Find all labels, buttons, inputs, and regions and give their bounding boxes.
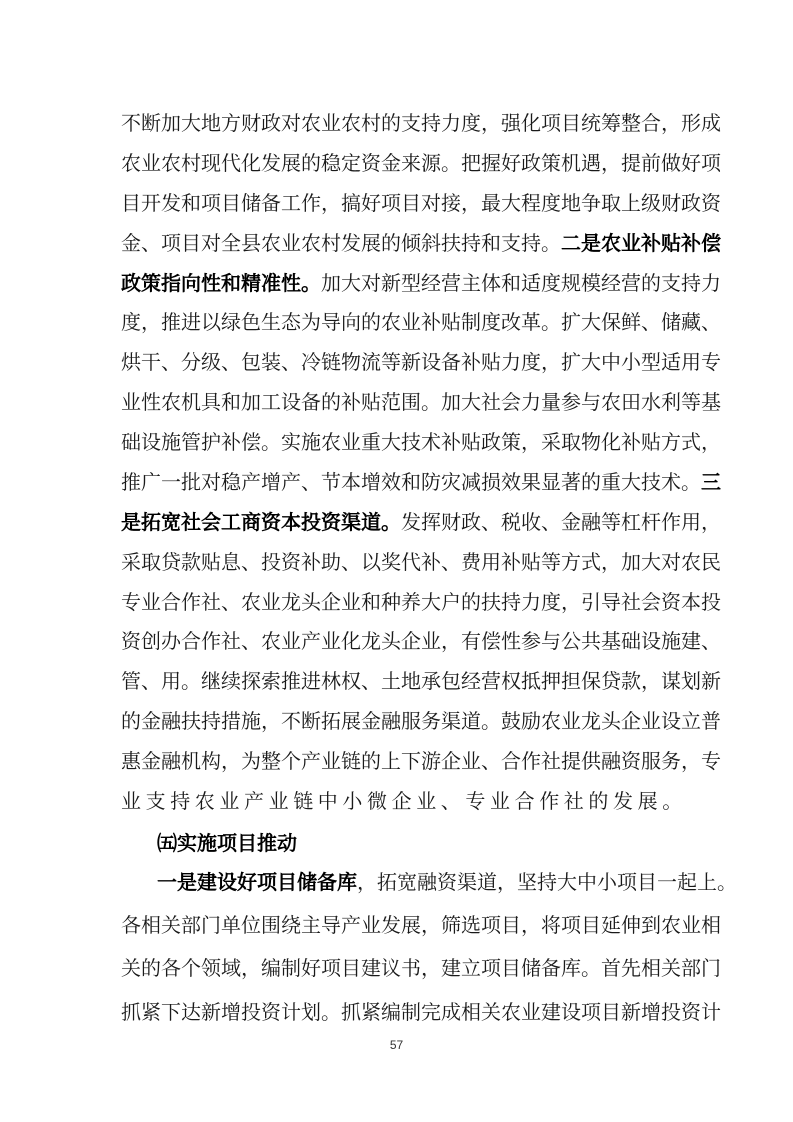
text-run: 抓紧下达新增投资计划。抓紧编制完成相关农业建设项目新增投资计	[121, 1000, 721, 1024]
text-run: 的金融扶持措施，不断拓展金融服务渠道。鼓励农业龙头企业设立普	[121, 709, 721, 733]
paragraph-line: 政策指向性和精准性。加大对新型经营主体和适度规模经营的支持力	[121, 269, 674, 297]
paragraph-line: 专业合作社、农业龙头企业和种养大户的扶持力度，引导社会资本投	[121, 588, 674, 616]
paragraph-line: 抓紧下达新增投资计划。抓紧编制完成相关农业建设项目新增投资计	[121, 998, 674, 1026]
paragraph-line: 金、项目对全县农业农村发展的倾斜扶持和支持。二是农业补贴补偿	[121, 229, 674, 257]
paragraph-line: 烘干、分级、包装、冷链物流等新设备补贴力度，扩大中小型适用专	[121, 348, 674, 376]
text-run: 关的各个领域，编制好项目建议书，建立项目储备库。首先相关部门	[121, 956, 721, 980]
text-run: 发挥财政、税收、金融等杠杆作用，	[401, 510, 721, 534]
text-run: 农业农村现代化发展的稳定资金来源。把握好政策机遇，提前做好项	[121, 151, 721, 175]
text-run: 度，推进以绿色生态为导向的农业补贴制度改革。扩大保鲜、储藏、	[121, 310, 721, 334]
paragraph-line: 管、用。继续探索推进林权、土地承包经营权抵押担保贷款，谋划新	[121, 667, 674, 695]
bold-emphasis: 一是建设好项目储备库	[157, 870, 357, 894]
bold-emphasis: 是拓宽社会工商资本投资渠道。	[121, 510, 401, 534]
text-run: 不断加大地方财政对农业农村的支持力度，强化项目统筹整合，形成	[121, 111, 721, 135]
bold-emphasis: 政策指向性和精准性。	[121, 271, 321, 295]
paragraph-line: 一是建设好项目储备库，拓宽融资渠道，坚持大中小项目一起上。	[157, 868, 674, 896]
text-run: 惠金融机构，为整个产业链的上下游企业、合作社提供融资服务，专	[121, 749, 721, 773]
paragraph-line: 资创办合作社、农业产业化龙头企业，有偿性参与公共基础设施建、	[121, 627, 674, 655]
text-run: 专业合作社、农业龙头企业和种养大户的扶持力度，引导社会资本投	[121, 590, 721, 614]
text-run: 各相关部门单位围绕主导产业发展，筛选项目，将项目延伸到农业相	[121, 913, 721, 937]
paragraph-line: 关的各个领域，编制好项目建议书，建立项目储备库。首先相关部门	[121, 954, 674, 982]
text-run: 金、项目对全县农业农村发展的倾斜扶持和支持。	[121, 231, 561, 255]
section-heading: ㈤实施项目推动	[157, 829, 297, 857]
paragraph-line-last: 业支持农业产业链中小微企业、专业合作社的发展。	[121, 787, 674, 815]
text-run: ，拓宽融资渠道，坚持大中小项目一起上。	[357, 870, 737, 894]
paragraph-line: 业性农机具和加工设备的补贴范围。加大社会力量参与农田水利等基	[121, 388, 674, 416]
text-run: 目开发和项目储备工作，搞好项目对接，最大程度地争取上级财政资	[121, 191, 721, 215]
paragraph-line: 各相关部门单位围绕主导产业发展，筛选项目，将项目延伸到农业相	[121, 911, 674, 939]
paragraph-line: 础设施管护补偿。实施农业重大技术补贴政策，采取物化补贴方式，	[121, 428, 674, 456]
bold-emphasis: 二是农业补贴补偿	[561, 231, 721, 255]
text-run: 业性农机具和加工设备的补贴范围。加大社会力量参与农田水利等基	[121, 390, 721, 414]
paragraph-line: 度，推进以绿色生态为导向的农业补贴制度改革。扩大保鲜、储藏、	[121, 308, 674, 336]
paragraph-line: 推广一批对稳产增产、节本增效和防灾减损效果显著的重大技术。三	[121, 468, 674, 496]
text-run: 加大对新型经营主体和适度规模经营的支持力	[321, 271, 721, 295]
text-run: 烘干、分级、包装、冷链物流等新设备补贴力度，扩大中小型适用专	[121, 350, 721, 374]
paragraph-line: 是拓宽社会工商资本投资渠道。发挥财政、税收、金融等杠杆作用，	[121, 508, 674, 536]
page-number: 57	[0, 1038, 793, 1052]
text-run: 业支持农业产业链中小微企业、专业合作社的发展。	[121, 789, 687, 813]
text-run: 推广一批对稳产增产、节本增效和防灾减损效果显著的重大技术。	[121, 470, 701, 494]
paragraph-line: 不断加大地方财政对农业农村的支持力度，强化项目统筹整合，形成	[121, 109, 674, 137]
paragraph-line: 农业农村现代化发展的稳定资金来源。把握好政策机遇，提前做好项	[121, 149, 674, 177]
document-page: 不断加大地方财政对农业农村的支持力度，强化项目统筹整合，形成 农业农村现代化发展…	[0, 0, 793, 1122]
bold-emphasis: 三	[701, 470, 721, 494]
text-run: 础设施管护补偿。实施农业重大技术补贴政策，采取物化补贴方式，	[121, 430, 721, 454]
paragraph-line: 的金融扶持措施，不断拓展金融服务渠道。鼓励农业龙头企业设立普	[121, 707, 674, 735]
text-run: 管、用。继续探索推进林权、土地承包经营权抵押担保贷款，谋划新	[121, 669, 721, 693]
text-run: 采取贷款贴息、投资补助、以奖代补、费用补贴等方式，加大对农民	[121, 550, 721, 574]
paragraph-line: 惠金融机构，为整个产业链的上下游企业、合作社提供融资服务，专	[121, 747, 674, 775]
text-run: 资创办合作社、农业产业化龙头企业，有偿性参与公共基础设施建、	[121, 629, 721, 653]
paragraph-line: 采取贷款贴息、投资补助、以奖代补、费用补贴等方式，加大对农民	[121, 548, 674, 576]
paragraph-line: 目开发和项目储备工作，搞好项目对接，最大程度地争取上级财政资	[121, 189, 674, 217]
